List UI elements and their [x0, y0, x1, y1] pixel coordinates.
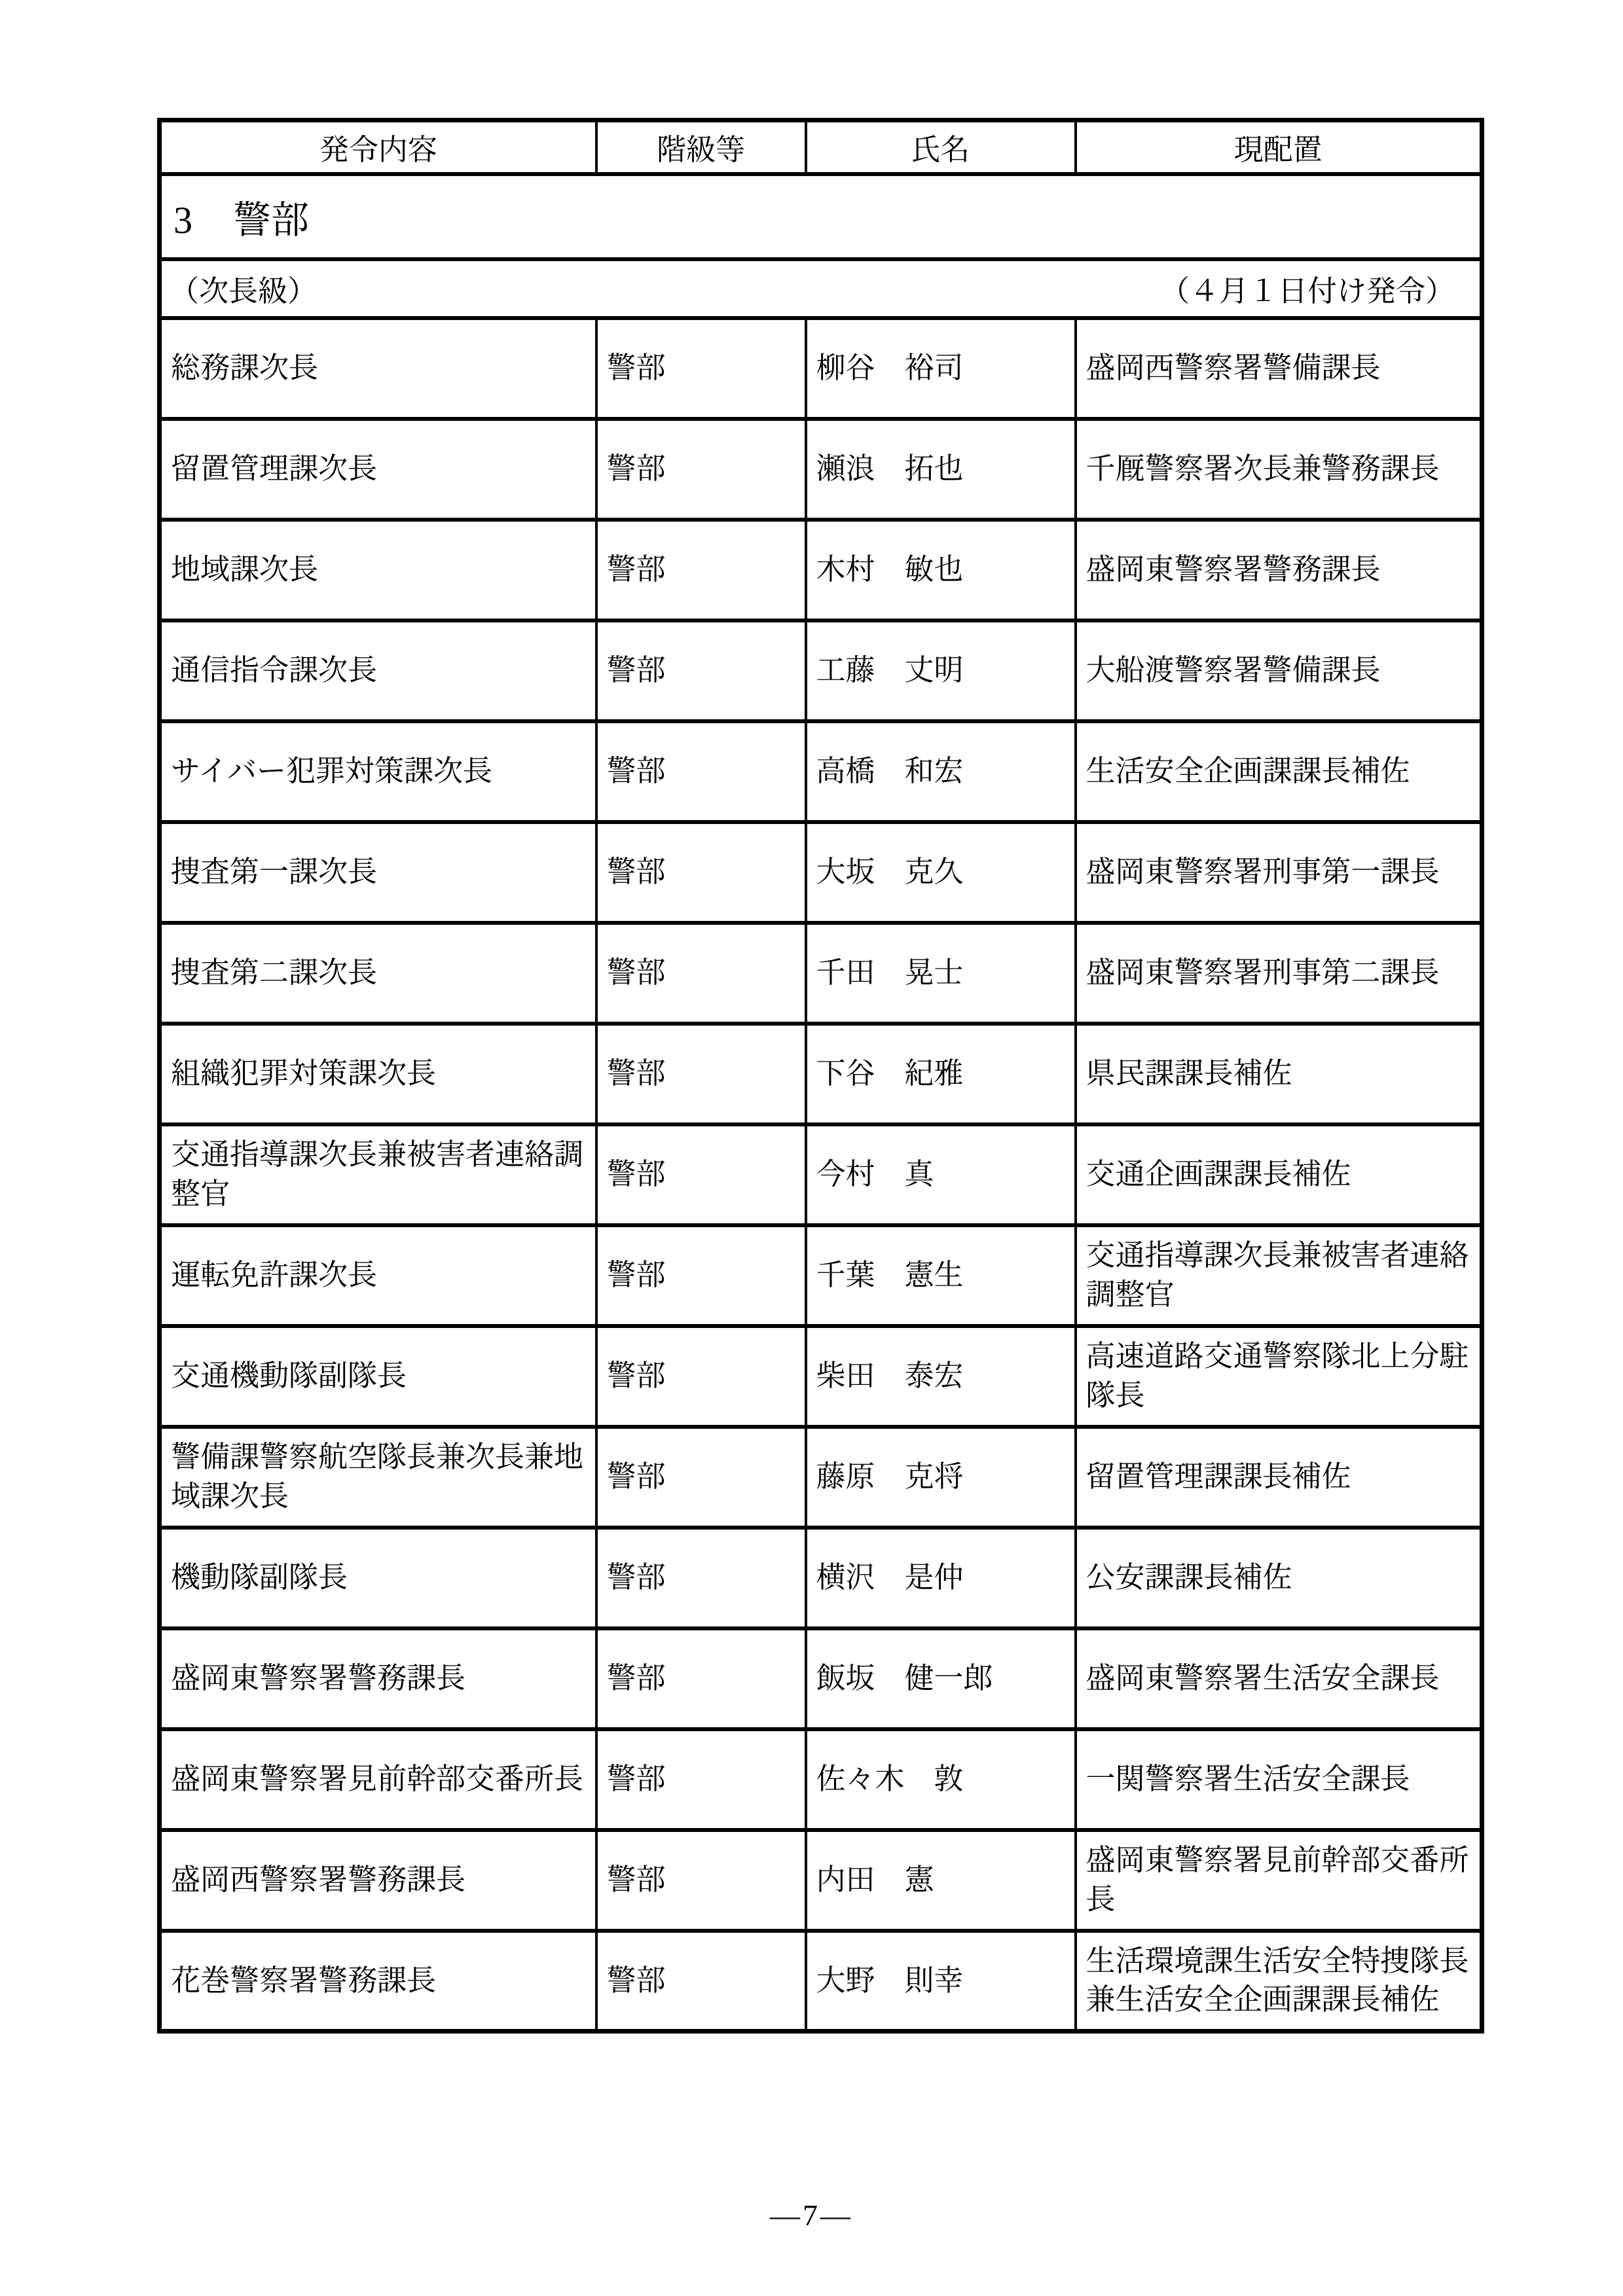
cell-name: 千田 晃士	[806, 923, 1076, 1024]
cell-rank: 警部	[596, 1528, 806, 1628]
cell-name: 柴田 泰宏	[806, 1326, 1076, 1427]
cell-appointment: 捜査第一課次長	[160, 822, 596, 923]
cell-appointment: サイバー犯罪対策課次長	[160, 721, 596, 822]
cell-current_post: 留置管理課課長補佐	[1076, 1427, 1482, 1528]
cell-current_post: 盛岡東警察署刑事第二課長	[1076, 923, 1482, 1024]
cell-current_post: 生活環境課生活安全特捜隊長兼生活安全企画課課長補佐	[1076, 1931, 1482, 2032]
cell-name: 飯坂 健一郎	[806, 1628, 1076, 1729]
table-row: 交通指導課次長兼被害者連絡調整官警部今村 真交通企画課課長補佐	[160, 1124, 1482, 1225]
cell-appointment: 通信指令課次長	[160, 620, 596, 721]
cell-rank: 警部	[596, 1931, 806, 2032]
cell-rank: 警部	[596, 520, 806, 620]
cell-name: 工藤 丈明	[806, 620, 1076, 721]
cell-appointment: 盛岡西警察署警務課長	[160, 1830, 596, 1931]
col-header-appointment: 発令内容	[160, 120, 596, 174]
cell-rank: 警部	[596, 620, 806, 721]
section-header-row: 3警部	[160, 174, 1482, 259]
cell-name: 佐々木 敦	[806, 1729, 1076, 1830]
table-row: 総務課次長警部柳谷 裕司盛岡西警察署警備課長	[160, 318, 1482, 419]
cell-appointment: 留置管理課次長	[160, 419, 596, 520]
cell-appointment: 交通指導課次長兼被害者連絡調整官	[160, 1124, 596, 1225]
cell-current_post: 盛岡東警察署生活安全課長	[1076, 1628, 1482, 1729]
cell-name: 木村 敏也	[806, 520, 1076, 620]
cell-appointment: 花巻警察署警務課長	[160, 1931, 596, 2032]
cell-name: 高橋 和宏	[806, 721, 1076, 822]
document-page: 発令内容 階級等 氏名 現配置 3警部 （次長級） （４月１日付け発令）	[0, 0, 1623, 2296]
table-header-row: 発令内容 階級等 氏名 現配置	[160, 120, 1482, 174]
cell-rank: 警部	[596, 822, 806, 923]
cell-appointment: 盛岡東警察署警務課長	[160, 1628, 596, 1729]
cell-appointment: 地域課次長	[160, 520, 596, 620]
cell-current_post: 盛岡東警察署警務課長	[1076, 520, 1482, 620]
cell-current_post: 県民課課長補佐	[1076, 1024, 1482, 1124]
cell-name: 今村 真	[806, 1124, 1076, 1225]
section-header-cell: 3警部	[160, 174, 1482, 259]
table-row: 留置管理課次長警部瀬浪 拓也千厩警察署次長兼警務課長	[160, 419, 1482, 520]
cell-name: 下谷 紀雅	[806, 1024, 1076, 1124]
table-row: 組織犯罪対策課次長警部下谷 紀雅県民課課長補佐	[160, 1024, 1482, 1124]
table-row: 機動隊副隊長警部横沢 是仲公安課課長補佐	[160, 1528, 1482, 1628]
cell-name: 内田 憲	[806, 1830, 1076, 1931]
col-header-name: 氏名	[806, 120, 1076, 174]
cell-name: 柳谷 裕司	[806, 318, 1076, 419]
cell-name: 藤原 克将	[806, 1427, 1076, 1528]
cell-rank: 警部	[596, 1124, 806, 1225]
cell-rank: 警部	[596, 1830, 806, 1931]
cell-rank: 警部	[596, 1225, 806, 1326]
section-title: 警部	[233, 199, 309, 242]
table-row: サイバー犯罪対策課次長警部高橋 和宏生活安全企画課課長補佐	[160, 721, 1482, 822]
table-row: 捜査第二課次長警部千田 晃士盛岡東警察署刑事第二課長	[160, 923, 1482, 1024]
cell-current_post: 交通企画課課長補佐	[1076, 1124, 1482, 1225]
cell-current_post: 大船渡警察署警備課長	[1076, 620, 1482, 721]
table-row: 交通機動隊副隊長警部柴田 泰宏高速道路交通警察隊北上分駐隊長	[160, 1326, 1482, 1427]
cell-appointment: 総務課次長	[160, 318, 596, 419]
cell-current_post: 一関警察署生活安全課長	[1076, 1729, 1482, 1830]
table-row: 花巻警察署警務課長警部大野 則幸生活環境課生活安全特捜隊長兼生活安全企画課課長補…	[160, 1931, 1482, 2032]
table-row: 地域課次長警部木村 敏也盛岡東警察署警務課長	[160, 520, 1482, 620]
cell-name: 瀬浪 拓也	[806, 419, 1076, 520]
cell-appointment: 運転免許課次長	[160, 1225, 596, 1326]
level-note: （次長級）	[170, 267, 317, 310]
cell-current_post: 盛岡東警察署刑事第一課長	[1076, 822, 1482, 923]
cell-current_post: 交通指導課次長兼被害者連絡調整官	[1076, 1225, 1482, 1326]
cell-name: 大坂 克久	[806, 822, 1076, 923]
subheader-row: （次長級） （４月１日付け発令）	[160, 259, 1482, 318]
cell-rank: 警部	[596, 1628, 806, 1729]
table-row: 捜査第一課次長警部大坂 克久盛岡東警察署刑事第一課長	[160, 822, 1482, 923]
cell-appointment: 組織犯罪対策課次長	[160, 1024, 596, 1124]
cell-rank: 警部	[596, 318, 806, 419]
subheader-cell: （次長級） （４月１日付け発令）	[160, 259, 1482, 318]
cell-current_post: 公安課課長補佐	[1076, 1528, 1482, 1628]
cell-rank: 警部	[596, 1024, 806, 1124]
cell-current_post: 千厩警察署次長兼警務課長	[1076, 419, 1482, 520]
col-header-rank: 階級等	[596, 120, 806, 174]
table-row: 盛岡東警察署見前幹部交番所長警部佐々木 敦一関警察署生活安全課長	[160, 1729, 1482, 1830]
col-header-current-post: 現配置	[1076, 120, 1482, 174]
cell-appointment: 交通機動隊副隊長	[160, 1326, 596, 1427]
table-row: 盛岡東警察署警務課長警部飯坂 健一郎盛岡東警察署生活安全課長	[160, 1628, 1482, 1729]
cell-name: 千葉 憲生	[806, 1225, 1076, 1326]
section-number: 3	[173, 199, 192, 242]
personnel-table: 発令内容 階級等 氏名 現配置 3警部 （次長級） （４月１日付け発令）	[157, 118, 1484, 2034]
effective-date-note: （４月１日付け発令）	[1160, 267, 1455, 310]
cell-current_post: 盛岡東警察署見前幹部交番所長	[1076, 1830, 1482, 1931]
cell-current_post: 盛岡西警察署警備課長	[1076, 318, 1482, 419]
cell-current_post: 生活安全企画課課長補佐	[1076, 721, 1482, 822]
table-row: 通信指令課次長警部工藤 丈明大船渡警察署警備課長	[160, 620, 1482, 721]
cell-rank: 警部	[596, 721, 806, 822]
table-row: 運転免許課次長警部千葉 憲生交通指導課次長兼被害者連絡調整官	[160, 1225, 1482, 1326]
cell-current_post: 高速道路交通警察隊北上分駐隊長	[1076, 1326, 1482, 1427]
table-row: 盛岡西警察署警務課長警部内田 憲盛岡東警察署見前幹部交番所長	[160, 1830, 1482, 1931]
cell-name: 大野 則幸	[806, 1931, 1076, 2032]
cell-name: 横沢 是仲	[806, 1528, 1076, 1628]
table-row: 警備課警察航空隊長兼次長兼地域課次長警部藤原 克将留置管理課課長補佐	[160, 1427, 1482, 1528]
cell-appointment: 盛岡東警察署見前幹部交番所長	[160, 1729, 596, 1830]
cell-rank: 警部	[596, 923, 806, 1024]
cell-rank: 警部	[596, 1427, 806, 1528]
cell-rank: 警部	[596, 1729, 806, 1830]
cell-appointment: 警備課警察航空隊長兼次長兼地域課次長	[160, 1427, 596, 1528]
cell-rank: 警部	[596, 1326, 806, 1427]
cell-appointment: 機動隊副隊長	[160, 1528, 596, 1628]
cell-appointment: 捜査第二課次長	[160, 923, 596, 1024]
cell-rank: 警部	[596, 419, 806, 520]
page-number: ―7―	[0, 2198, 1623, 2233]
